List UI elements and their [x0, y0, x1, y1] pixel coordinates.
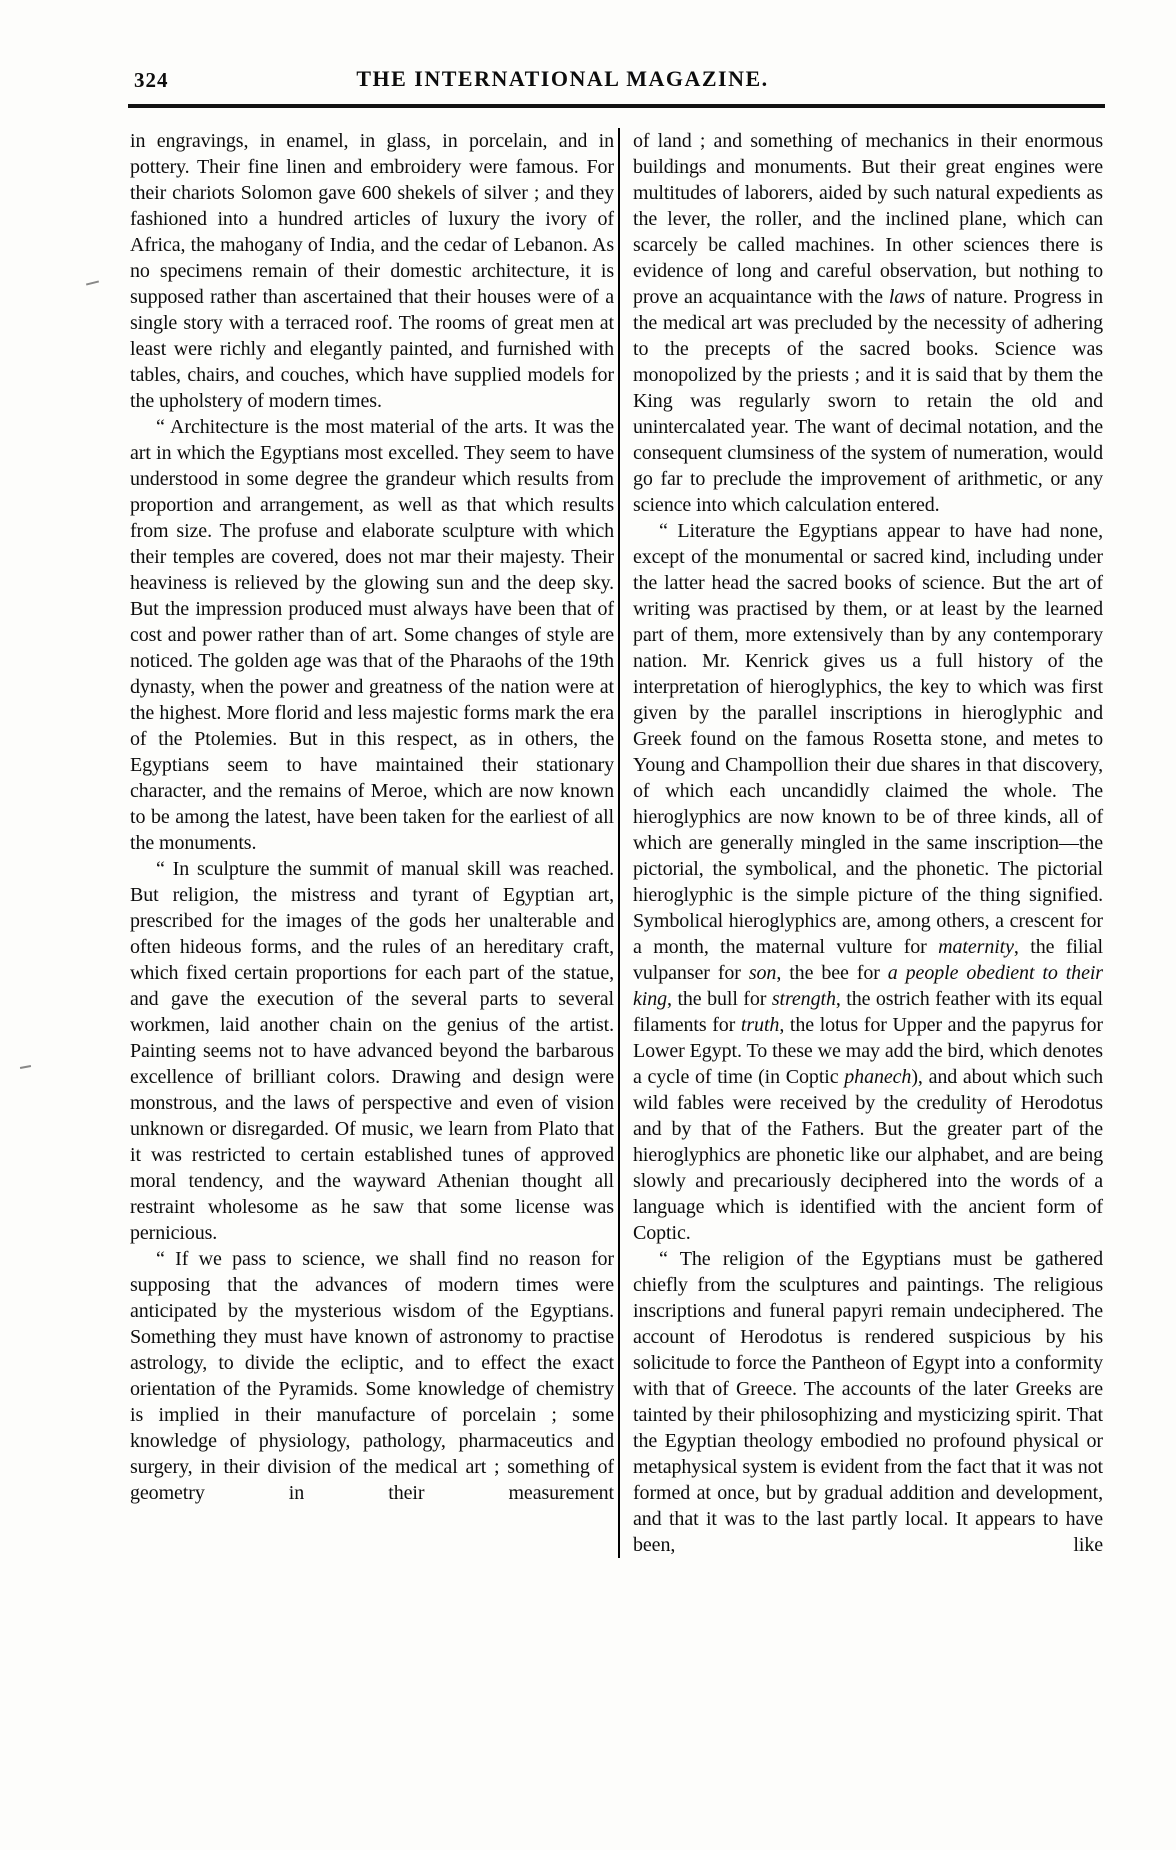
body-text: in engravings, in enamel, in glass, in p… [130, 130, 614, 412]
column-left: in engravings, in enamel, in glass, in p… [130, 128, 614, 1558]
body-text: of land ; and something of mechanics in … [633, 130, 1103, 308]
page-header: 324 THE INTERNATIONAL MAGAZINE. [130, 64, 1105, 98]
body-text: , the bee for [776, 962, 887, 984]
text-columns: in engravings, in enamel, in glass, in p… [130, 128, 1105, 1558]
italic-text: maternity [938, 936, 1014, 958]
paragraph: “ The religion of the Egyptians must be … [633, 1246, 1103, 1558]
italic-text: truth [741, 1014, 779, 1036]
italic-text: phanech [844, 1066, 911, 1088]
paragraph: in engravings, in enamel, in glass, in p… [130, 128, 614, 414]
body-text: “ Architecture is the most material of t… [130, 416, 614, 854]
body-text: “ Literature the Egyptians appear to hav… [633, 520, 1103, 958]
paragraph: “ Architecture is the most material of t… [130, 414, 614, 856]
body-text: “ If we pass to science, we shall find n… [130, 1248, 614, 1504]
paragraph: “ Literature the Egyptians appear to hav… [633, 518, 1103, 1246]
header-rule [128, 104, 1105, 108]
paragraph: of land ; and something of mechanics in … [633, 128, 1103, 518]
scan-artifact-mark [20, 1065, 31, 1069]
italic-text: laws [889, 286, 925, 308]
italic-text: son [749, 962, 776, 984]
body-text: of nature. Progress in the medical art w… [633, 286, 1103, 516]
paragraph: “ If we pass to science, we shall find n… [130, 1246, 614, 1506]
body-text: “ The religion of the Egyptians must be … [633, 1248, 1103, 1556]
body-text: “ In sculpture the summit of manual skil… [130, 858, 614, 1244]
paragraph: “ In sculpture the summit of manual skil… [130, 856, 614, 1246]
body-text: ), and about which such wild fables were… [633, 1066, 1103, 1244]
magazine-page: 324 THE INTERNATIONAL MAGAZINE. in engra… [0, 0, 1176, 1850]
scan-artifact-mark [86, 280, 99, 285]
column-right: of land ; and something of mechanics in … [633, 128, 1103, 1558]
column-divider [618, 128, 620, 1558]
italic-text: strength [772, 988, 836, 1010]
magazine-title: THE INTERNATIONAL MAGAZINE. [130, 66, 995, 92]
body-text: , the bull for [667, 988, 772, 1010]
